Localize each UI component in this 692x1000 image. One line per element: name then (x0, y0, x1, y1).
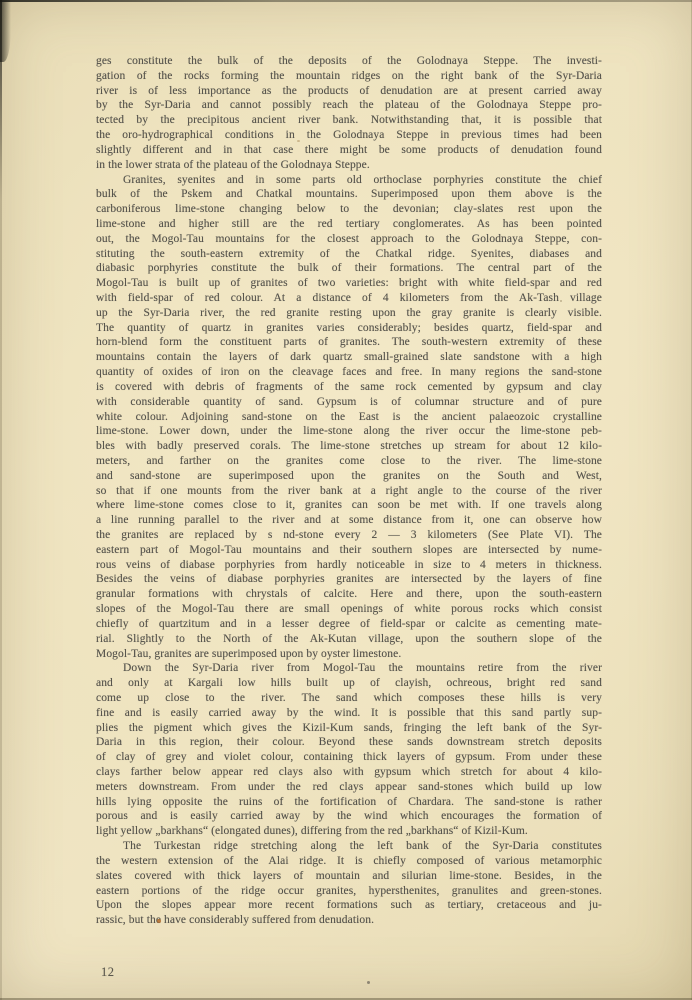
text-line: fine and is easily carried away by the w… (96, 706, 602, 721)
text-line: chiefly of quartzitum and in a lesser de… (96, 617, 602, 632)
text-line: Besides the veins of diabase porphyries … (96, 572, 602, 587)
paper-speck (560, 300, 562, 302)
text-line: lime-stone and higher still are the red … (96, 217, 602, 232)
text-line: granular formations with chrystals of ca… (96, 587, 602, 602)
text-line: mountains contain the layers of dark qua… (96, 350, 602, 365)
text-line: Daria in this region, their colour. Beyo… (96, 735, 602, 750)
scan-corner-smudge (0, 0, 11, 62)
text-line: meters downstream. From under the red cl… (96, 780, 602, 795)
paper-speck (297, 140, 300, 142)
text-line: the oro-hydrographical conditions in the… (96, 128, 602, 143)
text-line: quantity of oxides of iron on the cleava… (96, 365, 602, 380)
scan-edge-left (0, 0, 2, 1000)
text-line: a line running parallel to the river and… (96, 513, 602, 528)
text-line: Mogol-Tau is built up of granites of two… (96, 276, 602, 291)
text-line: with field-spar of red colour. At a dist… (96, 291, 602, 306)
text-line: The quantity of quartz in granites varie… (96, 321, 602, 336)
text-line: white colour. Adjoining sand-stone on th… (96, 410, 602, 425)
text-line: Mogol-Tau, granites are superimposed upo… (96, 647, 602, 662)
text-line: gation of the rocks forming the mountain… (96, 69, 602, 84)
text-line: clays farther below appear red clays als… (96, 765, 602, 780)
text-line: light yellow „barkhans“ (elongated dunes… (96, 824, 602, 839)
text-line: porous and is easily carried away by the… (96, 809, 602, 824)
text-line: Down the Syr-Daria river from Mogol-Tau … (96, 661, 602, 676)
text-line: river is of less importance as the produ… (96, 84, 602, 99)
text-line: and only at Kargali low hills built up o… (96, 676, 602, 691)
text-line: slopes of the Mogol-Tau there are small … (96, 602, 602, 617)
text-line: eastern part of Mogol-Tau mountains and … (96, 543, 602, 558)
text-line: horn-blend form the constituent parts of… (96, 335, 602, 350)
page-number: 12 (101, 965, 115, 980)
paper-speck (157, 919, 161, 923)
text-line: the granites are replaced by s nd-stone … (96, 528, 602, 543)
text-line: come up close to the river. The sand whi… (96, 691, 602, 706)
text-line: meters, and farther on the granites come… (96, 454, 602, 469)
text-line: The Turkestan ridge stretching along the… (96, 839, 602, 854)
text-line: slates covered with thick layers of moun… (96, 869, 602, 884)
text-line: the western extension of the Alai ridge.… (96, 854, 602, 869)
text-line: Upon the slopes appear more recent forma… (96, 898, 602, 913)
text-line: slightly different and in that case ther… (96, 143, 602, 158)
text-line: bulk of the Pskem and Chatkal mountains.… (96, 187, 602, 202)
text-line: by the Syr-Daria and cannot possibly rea… (96, 98, 602, 113)
text-line: in the lower strata of the plateau of th… (96, 158, 602, 173)
text-line: with considerable quantity of sand. Gyps… (96, 395, 602, 410)
text-line: plies the pigment which gives the Kizil-… (96, 721, 602, 736)
text-line: lime-stone. Lower down, under the lime-s… (96, 424, 602, 439)
text-line: of clay of grey and violet colour, conta… (96, 750, 602, 765)
book-page-scan: ges constitute the bulk of the deposits … (0, 0, 692, 1000)
text-line: rous veins of diabase porphyries from ha… (96, 558, 602, 573)
text-line: carboniferous lime-stone changing below … (96, 202, 602, 217)
text-line: hills lying opposite the ruins of the fo… (96, 795, 602, 810)
paper-speck (367, 981, 370, 984)
text-line: rial. Slightly to the North of the Ak-Ku… (96, 632, 602, 647)
text-block: ges constitute the bulk of the deposits … (96, 54, 602, 928)
text-line: eastern portions of the ridge occur gran… (96, 884, 602, 899)
text-line: rassic, but the have considerably suffer… (96, 913, 602, 928)
text-line: so that if one mounts from the river ban… (96, 484, 602, 499)
text-line: ges constitute the bulk of the deposits … (96, 54, 602, 69)
text-line: up the Syr-Daria river, the red granite … (96, 306, 602, 321)
text-line: diabasic porphyries constitute the bulk … (96, 261, 602, 276)
scan-edge-top (0, 0, 692, 2)
text-line: Granites, syenites and in some parts old… (96, 173, 602, 188)
text-line: where lime-stone comes close to it, gran… (96, 498, 602, 513)
text-line: and sand-stone are superimposed upon the… (96, 469, 602, 484)
text-line: out, the Mogol-Tau mountains for the clo… (96, 232, 602, 247)
text-line: is covered with debris of fragments of t… (96, 380, 602, 395)
text-line: bles with badly preserved corals. The li… (96, 439, 602, 454)
text-line: stituting the south-eastern extremity of… (96, 247, 602, 262)
text-line: tected by the precipitous ancient river … (96, 113, 602, 128)
